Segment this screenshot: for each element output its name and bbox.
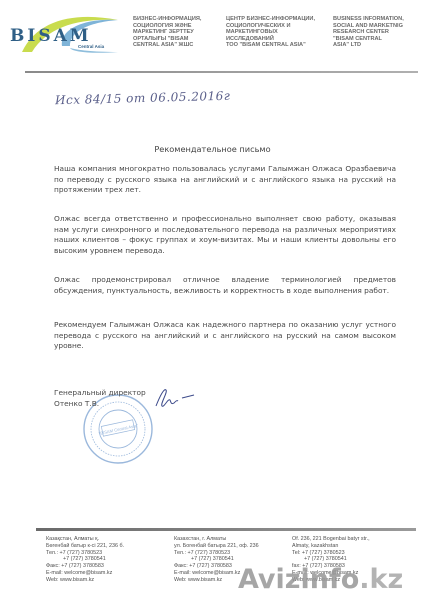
handwritten-reference-number: Исх 84/15 от 06.05.2016г xyxy=(55,89,231,108)
footer-contacts-kazakh: Казақстан, Алматы қ. Бөгенбай батыр к-сі… xyxy=(46,536,146,584)
signer-name: Отенко Т.В. xyxy=(54,399,146,410)
logo-tagline: Central Asia xyxy=(78,44,104,49)
letter-title: Рекомендательное письмо xyxy=(0,144,425,154)
header-divider xyxy=(25,71,418,73)
header-company-english: BUSINESS INFORMATION, SOCIAL AND MARKETN… xyxy=(333,16,421,49)
footer-divider xyxy=(36,528,416,531)
footer-phone-1: Tel: +7 (727) 3780523 xyxy=(292,550,402,557)
footer-address-line-1: Of. 236, 221 Bogenbai batyr str., xyxy=(292,536,402,543)
watermark-domain: .kz xyxy=(359,564,403,595)
stamp-text: "BISAM Central Asia" xyxy=(98,423,138,436)
signer-title: Генеральный директор xyxy=(54,388,146,399)
footer-address-line-2: Almaty, kazakhstan xyxy=(292,543,402,550)
logo-wordmark: BISAM xyxy=(10,26,92,46)
signature-icon xyxy=(152,386,196,410)
header-company-russian: ЦЕНТР БИЗНЕС-ИНФОРМАЦИИ, СОЦИОЛОГИЧЕСКИХ… xyxy=(226,16,322,49)
footer-web: Web: www.bisam.kz xyxy=(46,577,146,584)
footer-address-line-2: Бөгенбай батыр к-сі 221, 236 б. xyxy=(46,543,146,550)
footer-phone-2: +7 (727) 3780541 xyxy=(46,556,146,563)
footer-fax: Факс: +7 (727) 3780583 xyxy=(46,563,146,570)
handwritten-signature xyxy=(152,386,196,410)
footer-address-line-2: ул. Богенбай батыра 221, оф. 236 xyxy=(174,543,284,550)
letter-paragraph-1: Наша компания многократно пользовалась у… xyxy=(54,164,396,196)
watermark-brand: Avizinfo xyxy=(238,564,359,595)
letter-paragraph-2: Олжас всегда ответственно и профессионал… xyxy=(54,214,396,256)
footer-phone-1: Тел.: +7 (727) 3780523 xyxy=(174,550,284,557)
letter-paragraph-3: Олжас продемонстрировал отличное владени… xyxy=(54,275,396,296)
header-company-kazakh: БИЗНЕС-ИНФОРМАЦИЯ, СОЦИОЛОГИЯ ЖӘНЕ МАРКЕ… xyxy=(133,16,215,49)
signature-block: Генеральный директор Отенко Т.В. xyxy=(54,388,146,409)
bisam-logo: BISAM Central Asia xyxy=(8,12,120,56)
footer-email: E-mail: welcome@bisam.kz xyxy=(46,570,146,577)
footer-phone-2: +7 (727) 3780541 xyxy=(292,556,402,563)
footer-address-line-1: Казақстан, Алматы қ. xyxy=(46,536,146,543)
footer-phone-1: Тел.: +7 (727) 3780523 xyxy=(46,550,146,557)
letter-paragraph-4: Рекомендуем Галымжан Олжаса как надежног… xyxy=(54,320,396,352)
footer-address-line-1: Казахстан, г. Алматы xyxy=(174,536,284,543)
site-watermark: Avizinfo.kz xyxy=(238,564,403,595)
footer-phone-2: +7 (727) 3780541 xyxy=(174,556,284,563)
